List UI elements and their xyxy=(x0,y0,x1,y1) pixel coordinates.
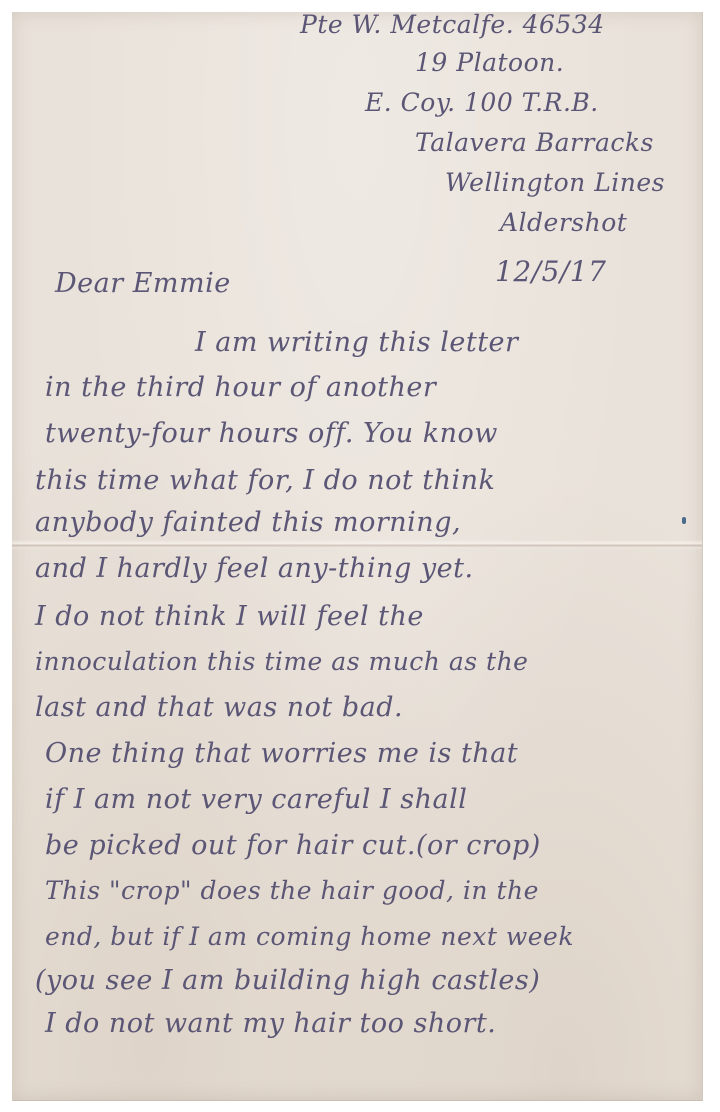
body-line: This "crop" does the hair good, in the xyxy=(45,876,539,905)
body-line: and I hardly feel any-thing yet. xyxy=(35,553,474,584)
sender-lines: Wellington Lines xyxy=(445,168,665,197)
body-line: twenty-four hours off. You know xyxy=(45,418,498,449)
body-line: anybody fainted this morning, xyxy=(35,507,461,538)
sender-name: Pte W. Metcalfe. 46534 xyxy=(300,10,605,39)
body-line: I do not think I will feel the xyxy=(35,601,424,632)
letter-date: 12/5/17 xyxy=(495,255,606,288)
salutation: Dear Emmie xyxy=(55,268,231,299)
body-line: in the third hour of another xyxy=(45,372,436,403)
paper-fold-crease xyxy=(12,540,702,550)
sender-company: E. Coy. 100 T.R.B. xyxy=(365,88,599,117)
sender-platoon: 19 Platoon. xyxy=(415,48,564,77)
body-line: if I am not very careful I shall xyxy=(45,784,467,815)
body-line: last and that was not bad. xyxy=(35,692,403,723)
sender-barracks: Talavera Barracks xyxy=(415,128,654,157)
body-line: innoculation this time as much as the xyxy=(35,647,528,676)
body-line: One thing that worries me is that xyxy=(45,738,518,769)
body-line: end, but if I am coming home next week xyxy=(45,922,574,951)
body-line: (you see I am building high castles) xyxy=(35,965,540,996)
body-line: be picked out for hair cut.(or crop) xyxy=(45,830,541,861)
body-line: this time what for, I do not think xyxy=(35,465,495,496)
ink-blot xyxy=(682,517,686,524)
body-line: I am writing this letter xyxy=(195,327,518,358)
body-line: I do not want my hair too short. xyxy=(45,1008,496,1039)
sender-town: Aldershot xyxy=(500,208,627,237)
